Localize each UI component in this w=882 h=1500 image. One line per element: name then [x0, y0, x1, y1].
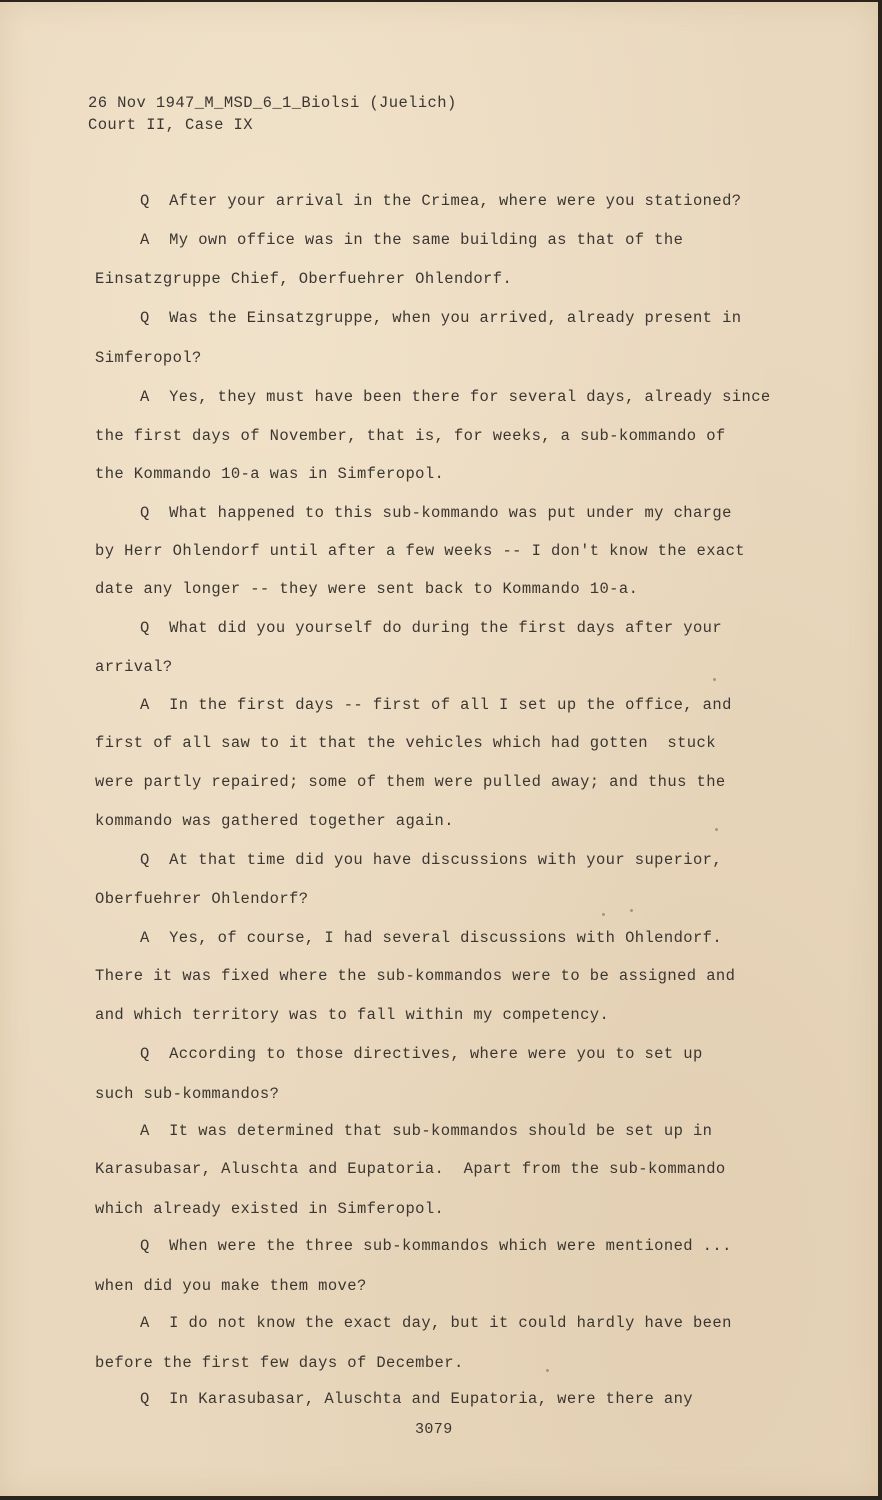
transcript-line: and which territory was to fall within m… — [95, 1008, 609, 1024]
transcript-line: Karasubasar, Aluschta and Eupatoria. Apa… — [95, 1162, 726, 1178]
transcript-line: Simferopol? — [95, 351, 202, 367]
paper-speck — [602, 913, 605, 916]
transcript-line: arrival? — [95, 660, 173, 676]
header-court-line: Court II, Case IX — [88, 118, 253, 134]
header-reference-line: 26 Nov 1947_M_MSD_6_1_Biolsi (Juelich) — [88, 96, 457, 112]
transcript-line: Oberfuehrer Ohlendorf? — [95, 892, 308, 908]
transcript-line: by Herr Ohlendorf until after a few week… — [95, 544, 745, 560]
transcript-line: A Yes, they must have been there for sev… — [140, 390, 771, 406]
transcript-line: Einsatzgruppe Chief, Oberfuehrer Ohlendo… — [95, 272, 512, 288]
transcript-line: Q In Karasubasar, Aluschta and Eupatoria… — [140, 1392, 693, 1408]
transcript-line: kommando was gathered together again. — [95, 814, 454, 830]
transcript-line: the Kommando 10-a was in Simferopol. — [95, 467, 444, 483]
paper-speck — [713, 678, 716, 681]
paper-speck — [546, 1369, 549, 1372]
transcript-line: A It was determined that sub-kommandos s… — [140, 1124, 712, 1140]
transcript-line: Q What did you yourself do during the fi… — [140, 621, 722, 637]
paper-speck — [715, 828, 718, 831]
transcript-line: There it was fixed where the sub-kommand… — [95, 969, 735, 985]
transcript-line: when did you make them move? — [95, 1279, 367, 1295]
document-page: 26 Nov 1947_M_MSD_6_1_Biolsi (Juelich) C… — [0, 2, 878, 1496]
transcript-line: Q What happened to this sub-kommando was… — [140, 506, 732, 522]
transcript-line: the first days of November, that is, for… — [95, 429, 726, 445]
paper-speck — [630, 909, 633, 912]
transcript-line: A Yes, of course, I had several discussi… — [140, 931, 722, 947]
transcript-line: before the first few days of December. — [95, 1356, 464, 1372]
transcript-line: A My own office was in the same building… — [140, 233, 683, 249]
transcript-line: Q After your arrival in the Crimea, wher… — [140, 194, 742, 210]
transcript-line: first of all saw to it that the vehicles… — [95, 736, 716, 752]
transcript-line: were partly repaired; some of them were … — [95, 775, 726, 791]
transcript-line: which already existed in Simferopol. — [95, 1202, 444, 1218]
transcript-line: Q Was the Einsatzgruppe, when you arrive… — [140, 311, 742, 327]
page-number: 3079 — [415, 1422, 453, 1437]
transcript-line: Q When were the three sub-kommandos whic… — [140, 1239, 732, 1255]
transcript-line: Q At that time did you have discussions … — [140, 853, 722, 869]
transcript-line: A I do not know the exact day, but it co… — [140, 1316, 732, 1332]
transcript-line: date any longer -- they were sent back t… — [95, 582, 638, 598]
transcript-line: A In the first days -- first of all I se… — [140, 698, 732, 714]
transcript-line: Q According to those directives, where w… — [140, 1047, 703, 1063]
transcript-line: such sub-kommandos? — [95, 1087, 279, 1103]
